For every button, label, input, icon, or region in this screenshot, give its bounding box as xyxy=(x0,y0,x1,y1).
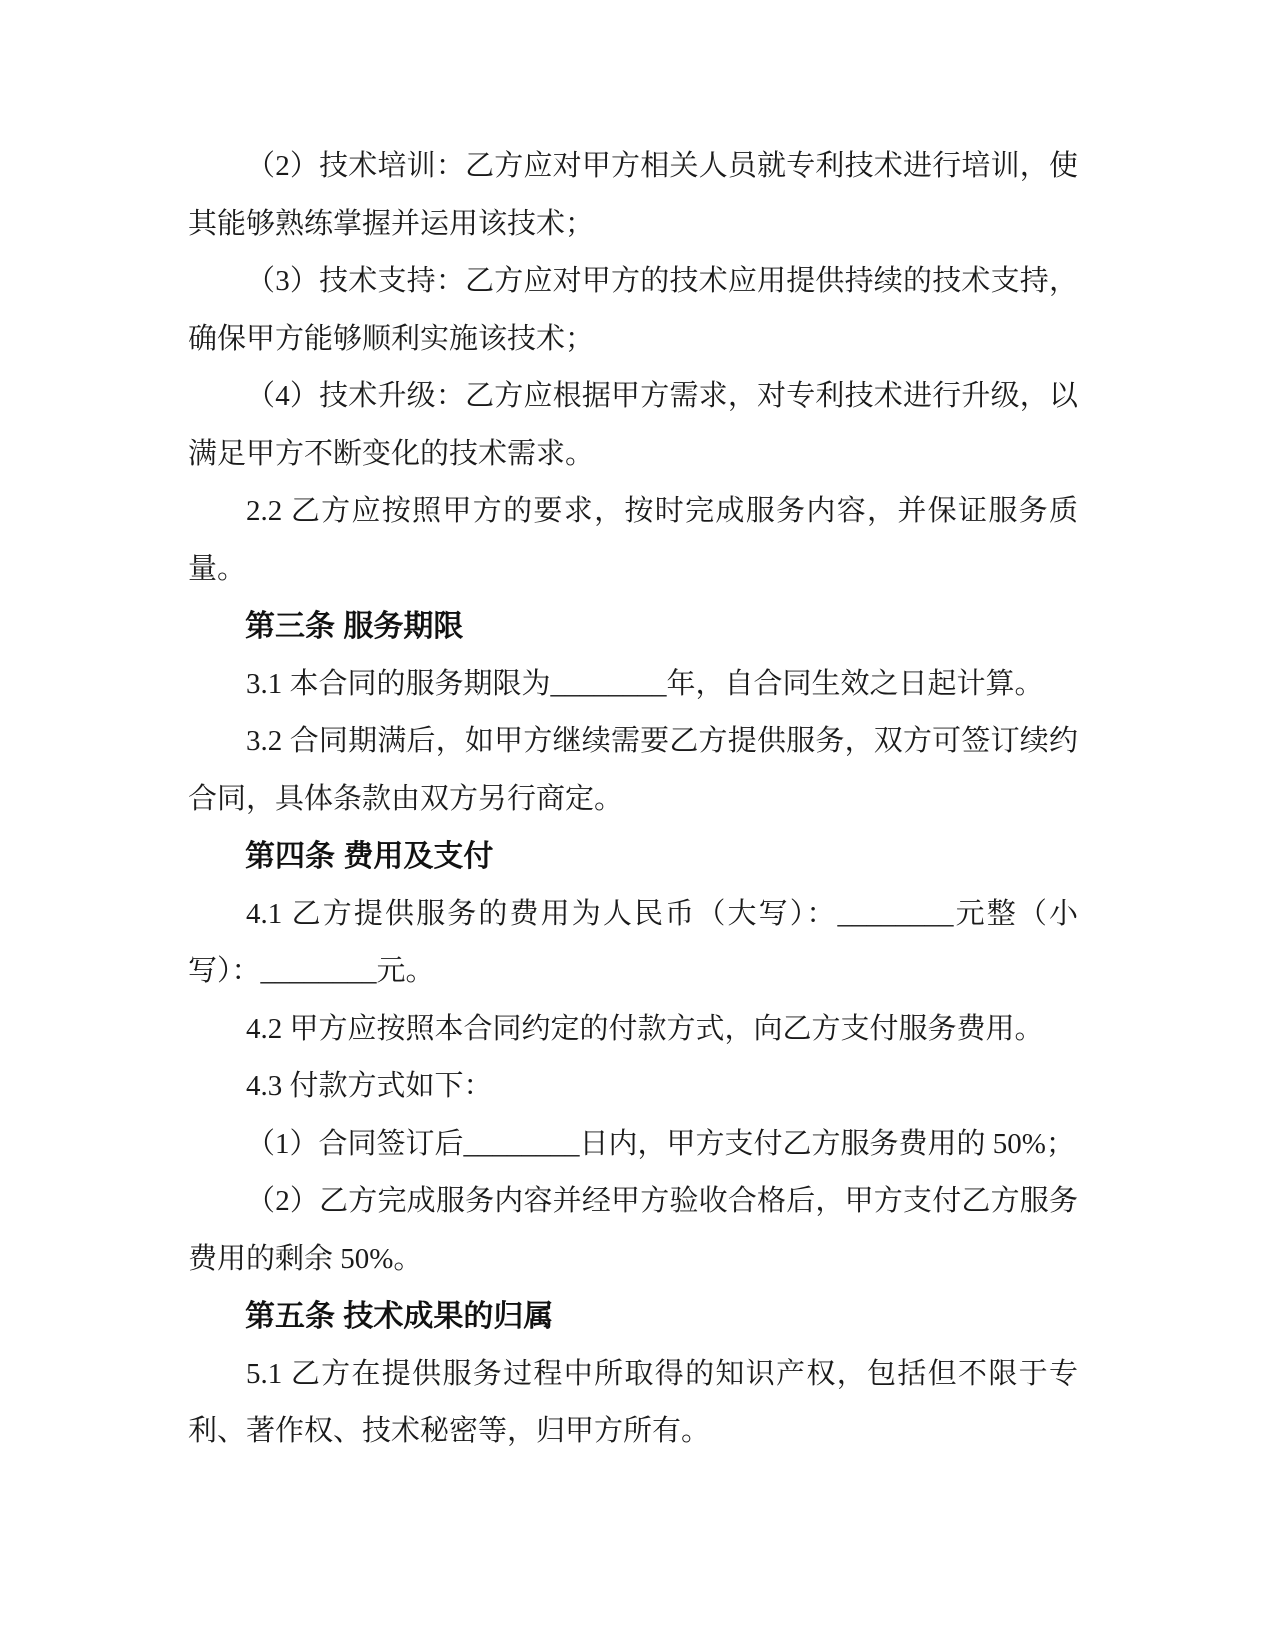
heading-article-5: 第五条 技术成果的归属 xyxy=(188,1288,1078,1346)
para-clause-3-1: 3.1 本合同的服务期限为________年，自合同生效之日起计算。 xyxy=(188,656,1078,714)
para-service-item-4: （4）技术升级：乙方应根据甲方需求，对专利技术进行升级，以满足甲方不断变化的技术… xyxy=(188,368,1078,483)
document-text-block: （2）技术培训：乙方应对甲方相关人员就专利技术进行培训，使其能够熟练掌握并运用该… xyxy=(188,138,1078,1461)
document-page: （2）技术培训：乙方应对甲方相关人员就专利技术进行培训，使其能够熟练掌握并运用该… xyxy=(0,0,1275,1650)
para-clause-3-2: 3.2 合同期满后，如甲方继续需要乙方提供服务，双方可签订续约合同，具体条款由双… xyxy=(188,713,1078,828)
para-payment-item-2: （2）乙方完成服务内容并经甲方验收合格后，甲方支付乙方服务费用的剩余 50%。 xyxy=(188,1173,1078,1288)
para-service-item-3: （3）技术支持：乙方应对甲方的技术应用提供持续的技术支持，确保甲方能够顺利实施该… xyxy=(188,253,1078,368)
heading-article-4: 第四条 费用及支付 xyxy=(188,828,1078,886)
para-clause-4-2: 4.2 甲方应按照本合同约定的付款方式，向乙方支付服务费用。 xyxy=(188,1001,1078,1059)
para-clause-5-1: 5.1 乙方在提供服务过程中所取得的知识产权，包括但不限于专利、著作权、技术秘密… xyxy=(188,1346,1078,1461)
para-clause-4-1: 4.1 乙方提供服务的费用为人民币（大写）：________元整（小写）：___… xyxy=(188,886,1078,1001)
para-payment-item-1: （1）合同签订后________日内，甲方支付乙方服务费用的 50%； xyxy=(188,1116,1078,1174)
para-service-item-2: （2）技术培训：乙方应对甲方相关人员就专利技术进行培训，使其能够熟练掌握并运用该… xyxy=(188,138,1078,253)
para-clause-2-2: 2.2 乙方应按照甲方的要求，按时完成服务内容，并保证服务质量。 xyxy=(188,483,1078,598)
heading-article-3: 第三条 服务期限 xyxy=(188,598,1078,656)
para-clause-4-3: 4.3 付款方式如下： xyxy=(188,1058,1078,1116)
